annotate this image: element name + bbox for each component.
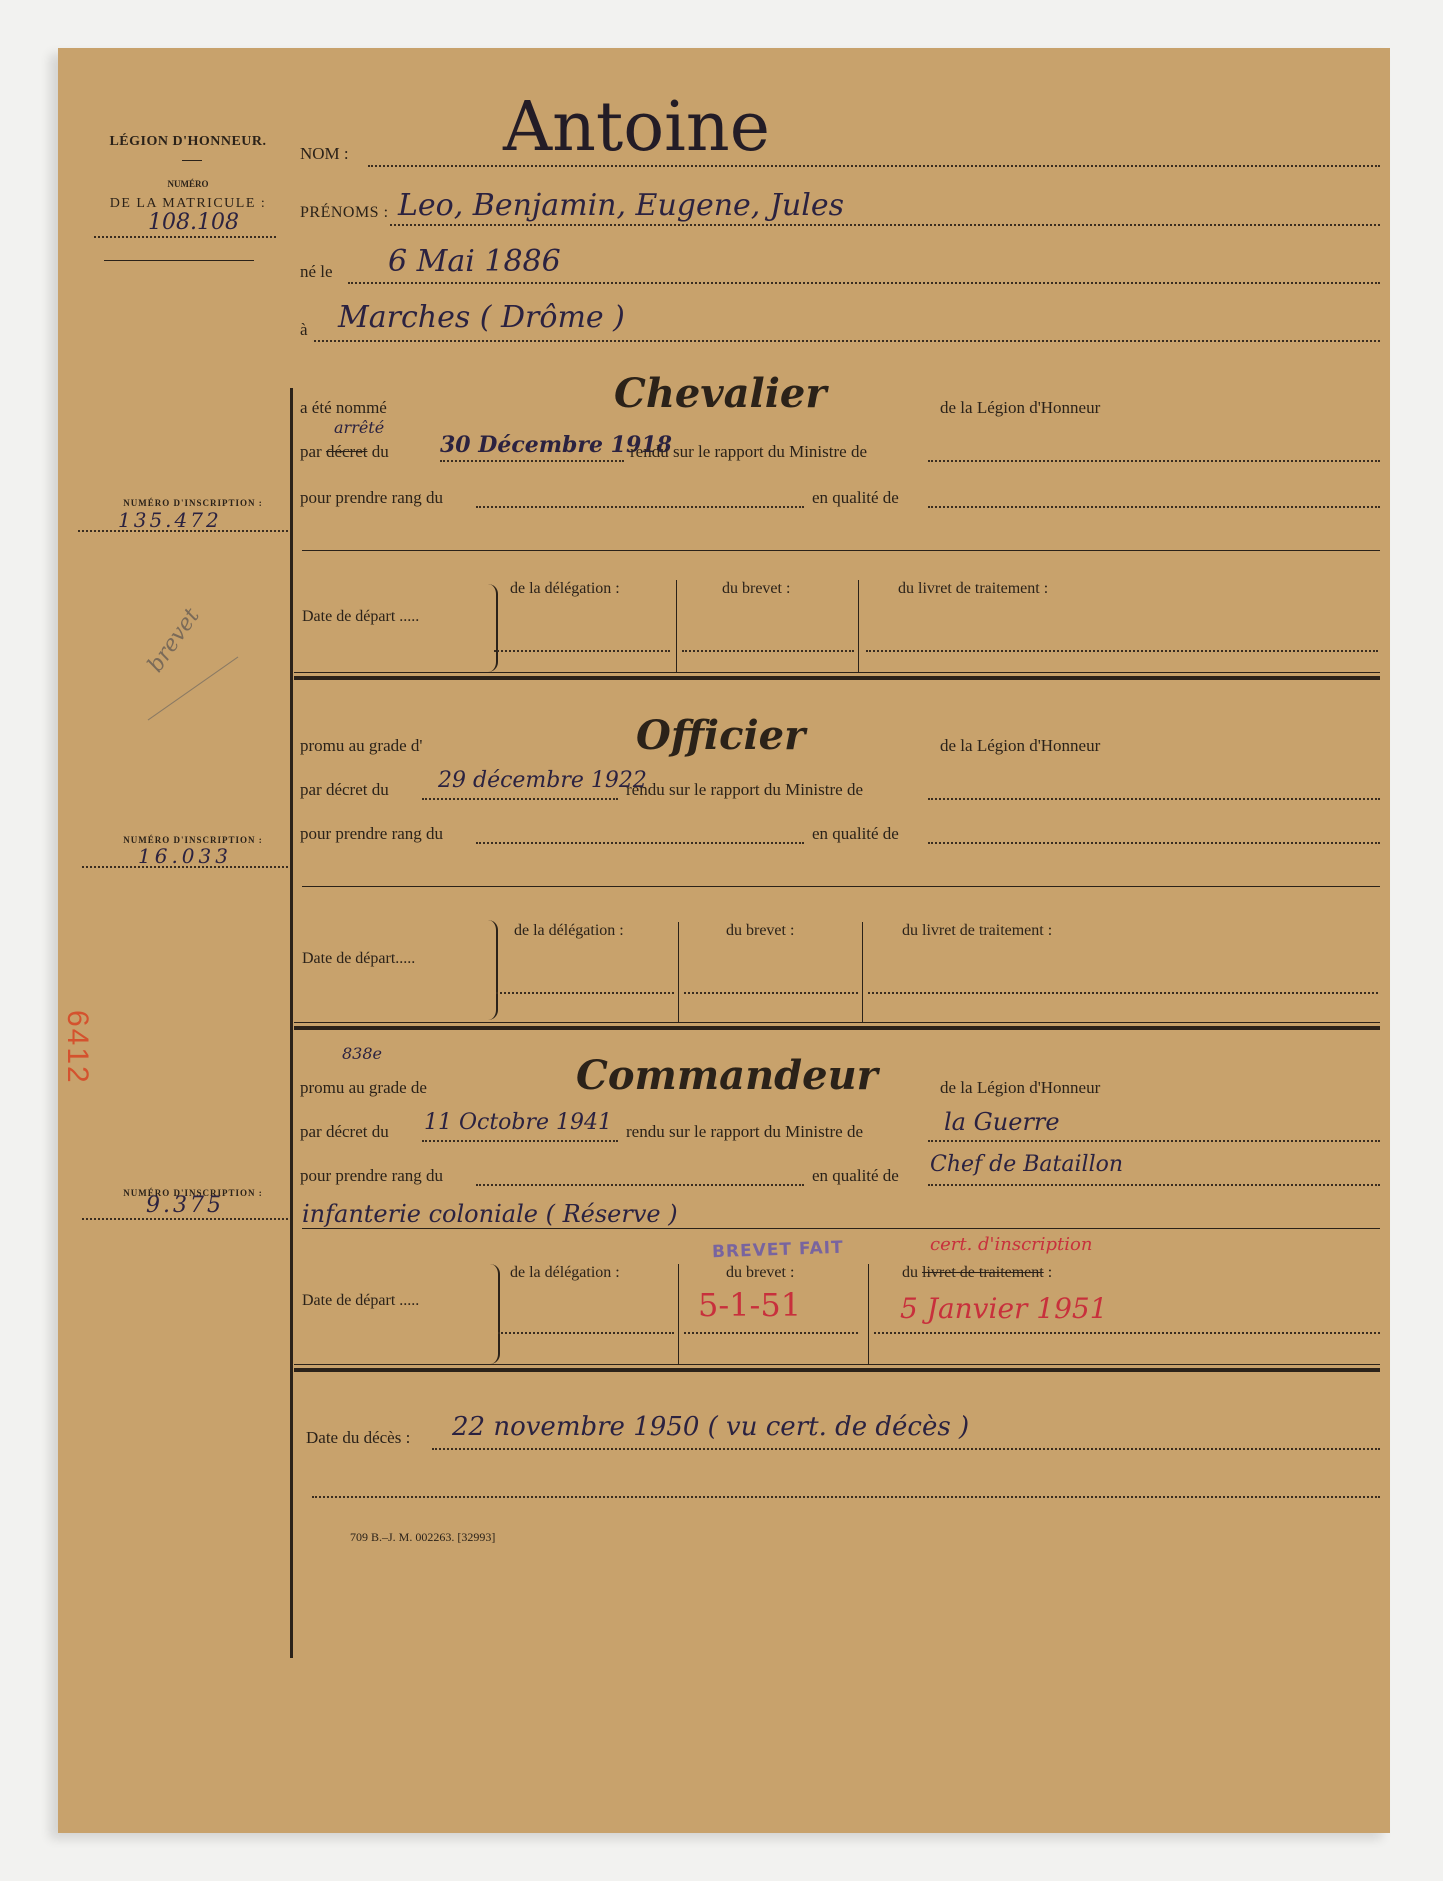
deces-value: 22 novembre 1950 ( vu cert. de décès ) [452,1412,969,1442]
commandeur-brevet-label: du brevet : [726,1264,794,1282]
commandeur-bottom-thick [294,1368,1380,1372]
a-label: à [300,320,308,340]
officier-inscription-value: 16.033 [138,844,232,868]
chevalier-delegation-label: de la délégation : [510,580,620,598]
ne-le-line [348,282,1380,284]
officier-livret-label: du livret de traitement : [902,922,1052,940]
officier-rapport-label: rendu sur le rapport du Ministre de [626,780,863,800]
officier-col-divider-2 [862,922,863,1022]
chevalier-extra-line [302,550,1380,551]
commandeur-intro: promu au grade de [300,1078,427,1098]
commandeur-brevet-value: 5-1-51 [698,1286,801,1324]
margin-note-brevet: brevet [143,604,205,677]
officier-suffix: de la Légion d'Honneur [940,736,1100,756]
officier-extra-line [302,886,1380,887]
officier-depart-label: Date de départ..... [302,950,415,968]
deces-label: Date du décès : [306,1428,410,1448]
commandeur-rang-line [476,1184,804,1186]
officier-livret-line [868,992,1378,994]
chevalier-inscription-label: NUMÉRO D'INSCRIPTION : [98,498,288,508]
chevalier-col-divider-1 [676,580,677,672]
officier-qualite-line [928,842,1380,844]
chevalier-bottom-thick [294,676,1380,680]
matricule-label-top: NUMÉRO [88,179,288,189]
brevet-fait-stamp: BREVET FAIT [712,1238,844,1263]
chevalier-ministre-line [928,460,1380,462]
commandeur-delegation-line [498,1332,674,1334]
commandeur-brace [484,1264,500,1364]
chevalier-inscription-line [78,530,288,532]
chevalier-col-divider-2 [858,580,859,672]
officier-rang-label: pour prendre rang du [300,824,443,844]
commandeur-rank-note: 838e [342,1044,382,1063]
commandeur-col-divider-1 [678,1264,679,1364]
commandeur-suffix: de la Légion d'Honneur [940,1078,1100,1098]
nom-label: NOM : [300,144,349,164]
chevalier-qualite-line [928,506,1380,508]
ne-le-value: 6 Mai 1886 [388,244,561,279]
commandeur-rang-label: pour prendre rang du [300,1166,443,1186]
commandeur-decret-date-line [422,1140,618,1142]
officier-intro: promu au grade d' [300,736,423,756]
header-underline [182,160,202,161]
chevalier-depart-label: Date de départ ..... [302,608,419,626]
officier-brevet-label: du brevet : [726,922,794,940]
officier-bottom-thick [294,1026,1380,1030]
commandeur-inscription-value: 9.375 [146,1193,224,1218]
nom-line [368,165,1380,167]
chevalier-intro: a été nommé [300,398,387,418]
chevalier-brevet-label: du brevet : [722,580,790,598]
chevalier-rang-line [476,506,804,508]
chevalier-delegation-line [494,650,670,652]
prenoms-value: Leo, Benjamin, Eugene, Jules [398,188,844,223]
matricule-rule [104,260,254,261]
decret-struck: décret [326,442,368,461]
header-title: LÉGION D'HONNEUR. [88,134,288,150]
du-label: du [372,442,389,461]
chevalier-bottom-thin [294,672,1380,673]
chevalier-inscription-value: 135.472 [118,508,222,532]
arrete-handwritten: arrêté [334,418,384,437]
officier-decret-date-line [422,798,618,800]
document-page: LÉGION D'HONNEUR. NUMÉRO DE LA MATRICULE… [58,48,1390,1833]
deces-line [432,1448,1380,1450]
commandeur-livret-value: 5 Janvier 1951 [900,1292,1108,1325]
officier-brace [482,920,498,1020]
commandeur-rapport-label: rendu sur le rapport du Ministre de [626,1122,863,1142]
commandeur-decret-label: par décret du [300,1122,389,1142]
commandeur-delegation-label: de la délégation : [510,1264,620,1282]
footer-code: 709 B.–J. M. 002263. [32993] [350,1530,495,1545]
officier-decret-date: 29 décembre 1922 [438,768,647,793]
livret-replacement-note: cert. d'inscription [930,1234,1092,1255]
commandeur-grade: Commandeur [576,1052,878,1099]
commandeur-livret-label: du livret de traitement : [902,1264,1052,1282]
commandeur-depart-label: Date de départ ..... [302,1292,419,1310]
chevalier-brevet-line [682,650,854,652]
officier-brevet-line [684,992,858,994]
commandeur-decret-date: 11 Octobre 1941 [424,1110,612,1135]
commandeur-qualite-label: en qualité de [812,1166,899,1186]
commandeur-inscription-line [82,1218,288,1220]
commandeur-qualite-line [928,1184,1380,1186]
officier-inscription-line [82,866,288,868]
commandeur-extra-value: infanterie coloniale ( Réserve ) [302,1200,678,1228]
stamp-number: 6412 [60,1010,94,1085]
livret-struck: livret de traitement [922,1264,1044,1281]
chevalier-brace [482,584,498,672]
commandeur-brevet-line [684,1332,858,1334]
livret-colon: : [1048,1264,1052,1281]
officier-rang-line [476,842,804,844]
officier-bottom-thin [294,1022,1380,1023]
chevalier-livret-label: du livret de traitement : [898,580,1048,598]
commandeur-livret-line [874,1332,1380,1334]
a-value: Marches ( Drôme ) [338,300,625,335]
officier-delegation-line [496,992,674,994]
prenoms-line [390,224,1380,226]
livret-prefix: du [902,1264,918,1281]
deces-second-line [312,1496,1380,1498]
ne-le-label: né le [300,262,333,282]
left-vertical-rule [290,388,293,1658]
officier-qualite-label: en qualité de [812,824,899,844]
matricule-dotted-line [94,236,276,238]
officier-decret-label: par décret du [300,780,389,800]
nom-value: Antoine [503,88,770,167]
officier-grade: Officier [636,712,805,759]
par-label: par [300,442,322,461]
officier-col-divider-1 [678,922,679,1022]
commandeur-ministre-line [928,1140,1380,1142]
officier-delegation-label: de la délégation : [514,922,624,940]
chevalier-grade: Chevalier [614,370,826,417]
chevalier-decret-line: par décret du [300,442,389,462]
commandeur-bottom-thin [294,1364,1380,1365]
chevalier-decret-date-line [440,460,624,462]
a-line [314,340,1380,342]
officier-ministre-line [928,798,1380,800]
chevalier-rapport-label: rendu sur le rapport du Ministre de [630,442,867,462]
chevalier-rang-label: pour prendre rang du [300,488,443,508]
prenoms-label: PRÉNOMS : [300,204,389,222]
commandeur-extra-line [302,1228,1380,1229]
chevalier-suffix: de la Légion d'Honneur [940,398,1100,418]
commandeur-ministre-value: la Guerre [944,1108,1060,1136]
chevalier-livret-line [866,650,1378,652]
matricule-value: 108.108 [148,210,239,235]
commandeur-qualite-value: Chef de Bataillon [930,1152,1123,1177]
chevalier-qualite-label: en qualité de [812,488,899,508]
commandeur-col-divider-2 [868,1264,869,1364]
